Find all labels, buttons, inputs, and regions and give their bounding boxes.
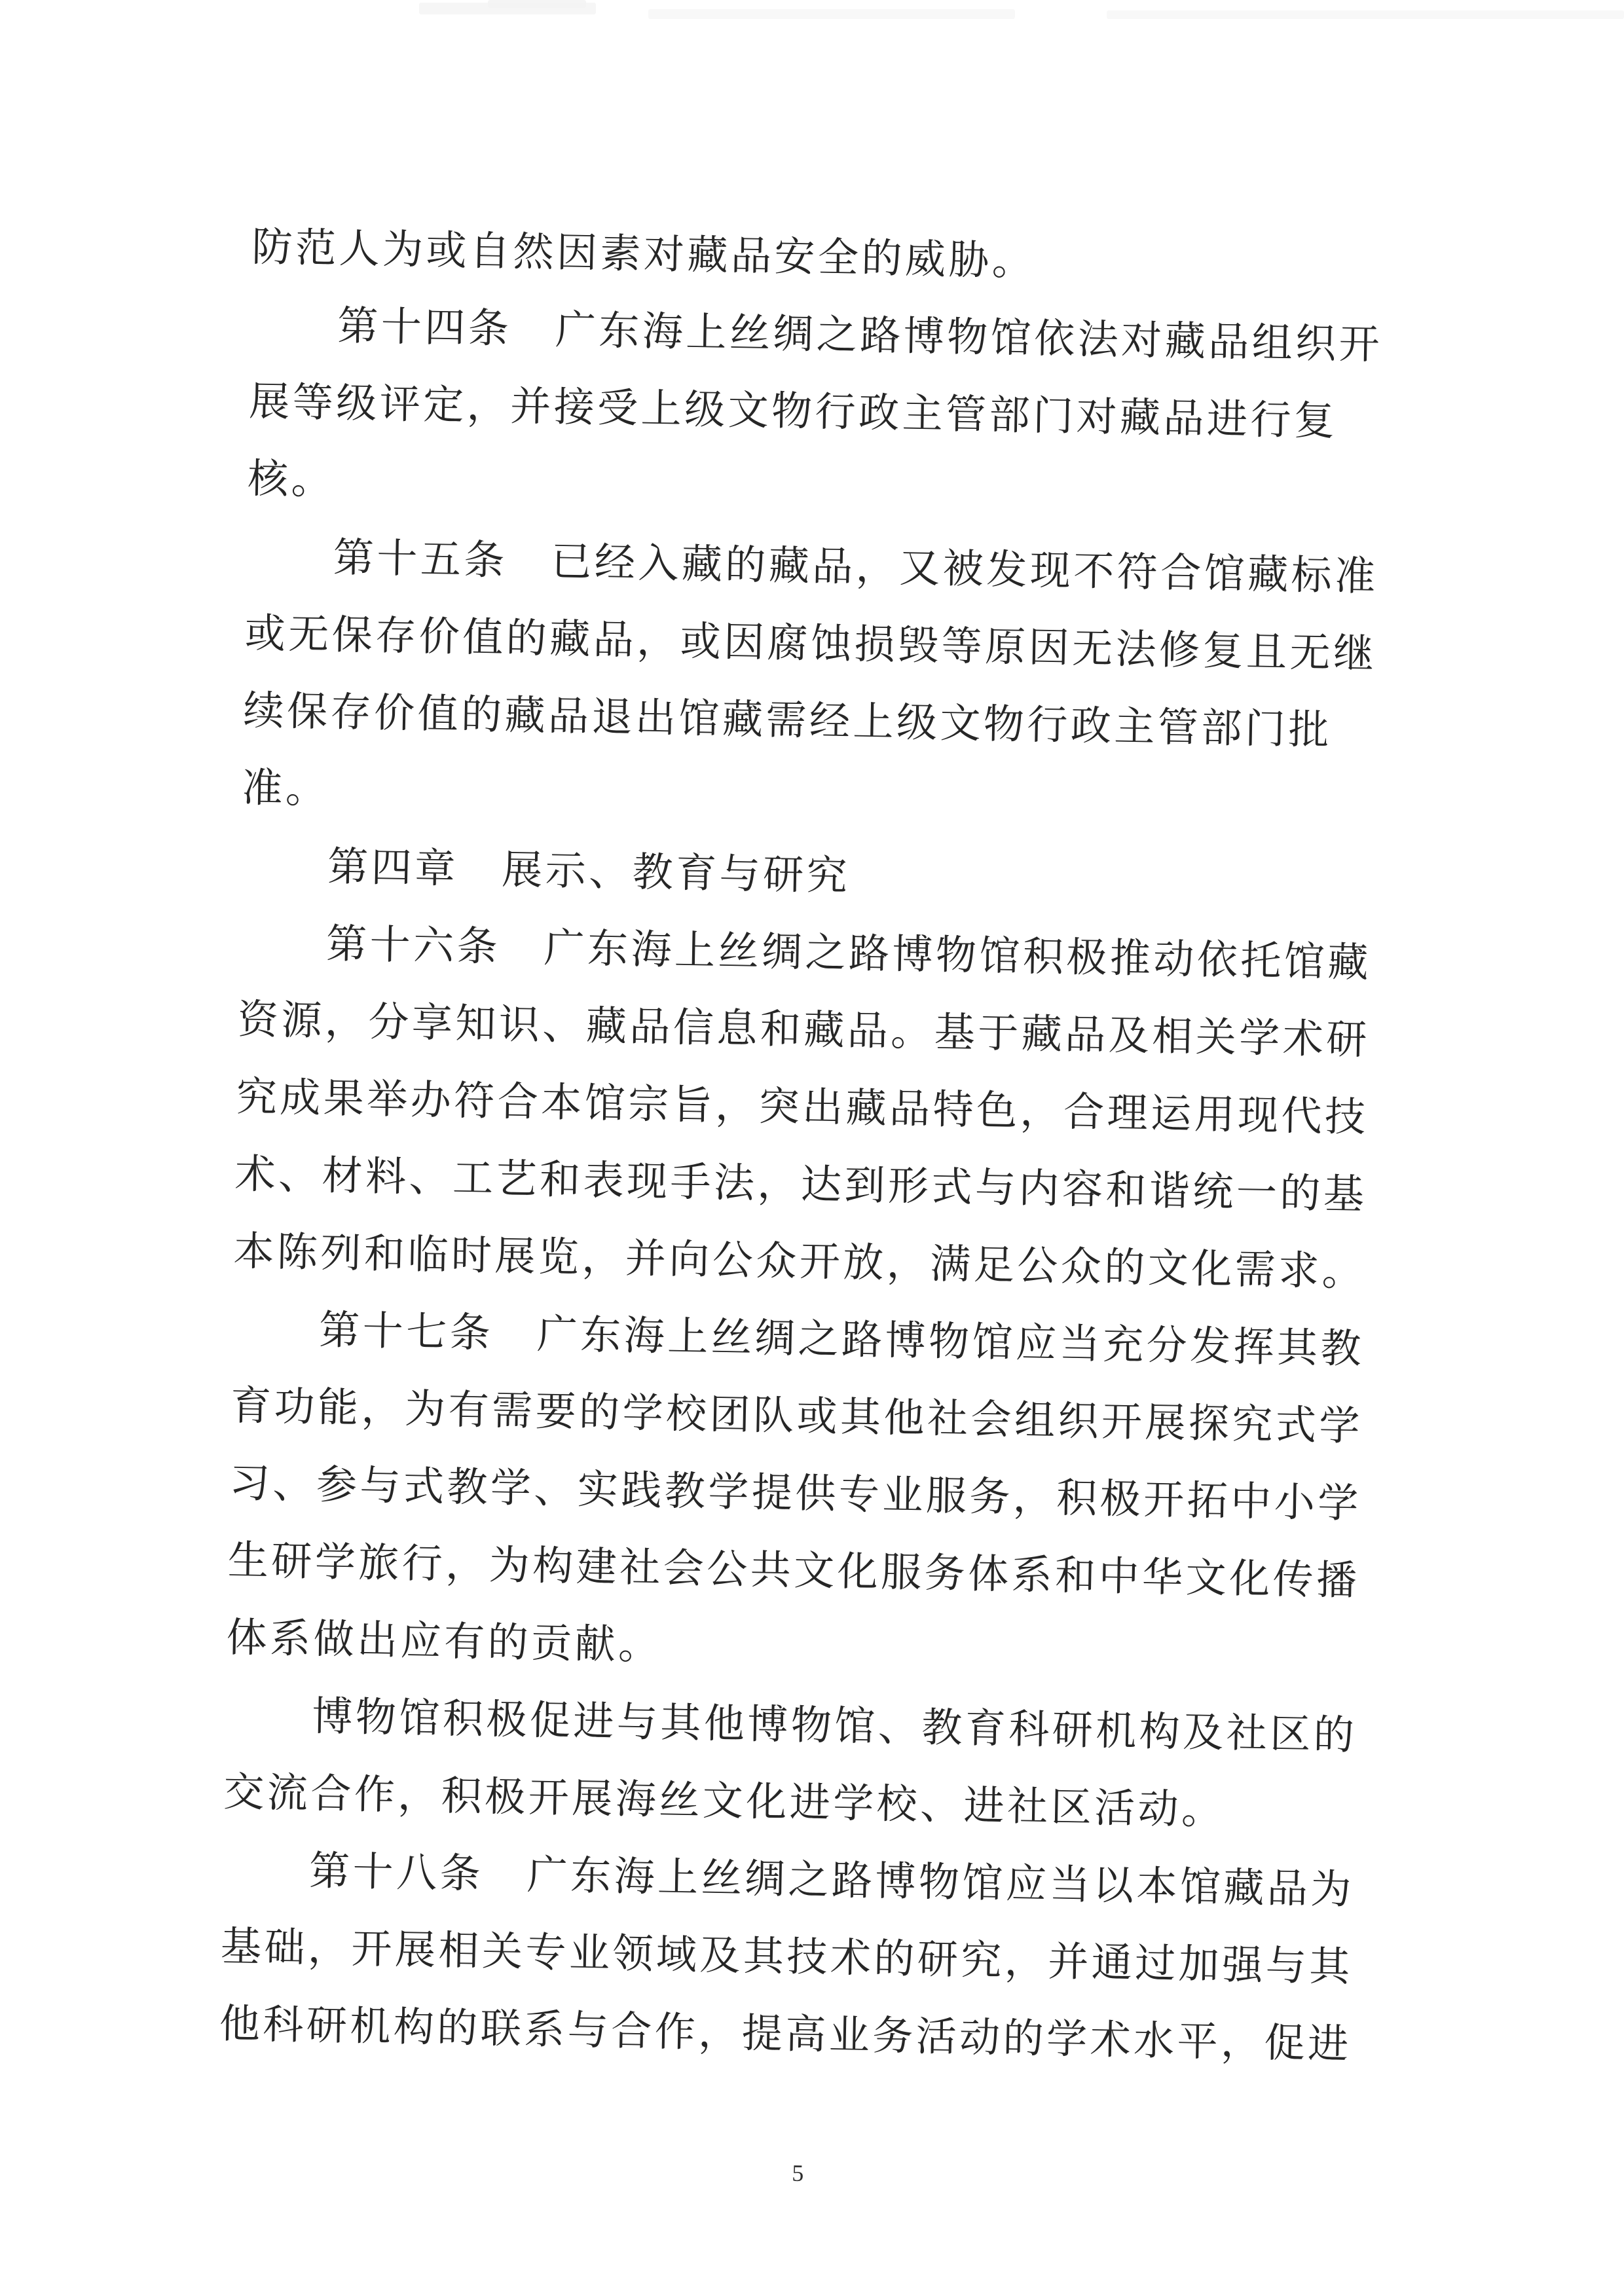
document-body: 防范人为或自然因素对藏品安全的威胁。 第十四条 广东海上丝绸之路博物馆依法对藏品… — [217, 209, 1415, 2197]
scan-smudge — [1107, 10, 1624, 19]
scan-smudge — [648, 9, 1015, 19]
scanned-page: 防范人为或自然因素对藏品安全的威胁。 第十四条 广东海上丝绸之路博物馆依法对藏品… — [0, 0, 1624, 2295]
scan-smudge — [419, 3, 596, 14]
page-number: 5 — [217, 2149, 1379, 2197]
